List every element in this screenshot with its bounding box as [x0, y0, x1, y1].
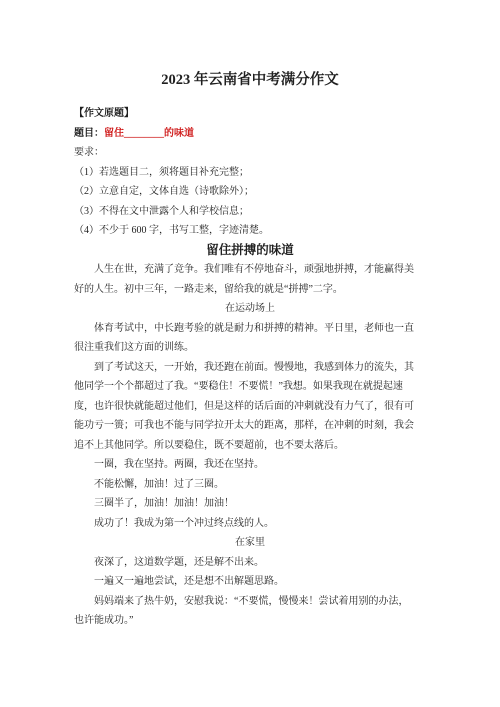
- essay-line: 能功亏一篑；可我也不能与同学拉开太大的距离，那样，在冲刺的时刻，我会: [74, 416, 426, 436]
- topic-blank-text: 留住________的味道: [104, 128, 194, 139]
- essay-line: 妈妈端来了热牛奶，安慰我说：“不要慌，慢慢来！尝试着用别的办法，: [74, 592, 426, 612]
- essay-line: 不能松懈，加油！过了三圈。: [74, 475, 426, 495]
- essay-line: 夜深了，这道数学题，还是解不出来。: [74, 553, 426, 573]
- essay-line: 三圈半了，加油！加油！加油！: [74, 494, 426, 514]
- requirement-item: （2）立意自定，文体自选（诗歌除外）；: [74, 182, 426, 202]
- essay-line: 很注重我们这方面的训练。: [74, 338, 426, 358]
- essay-line: 成功了！我成为第一个冲过终点线的人。: [74, 514, 426, 534]
- essay-line: 度，也许很快就能超过他们，但是这样的话后面的冲刺就没有力气了，很有可: [74, 397, 426, 417]
- prompt-section-label: 【作文原题】: [74, 104, 426, 124]
- document-page: 2023 年云南省中考满分作文 【作文原题】 题目：留住________的味道 …: [0, 0, 500, 707]
- essay-subheader: 在家里: [74, 533, 426, 553]
- essay-line: 也许能成功。”: [74, 611, 426, 631]
- essay-line: 好的人生。初中三年，一路走来，留给我的就是“拼搏”二字。: [74, 280, 426, 300]
- requirement-item: （1）若选题目二，须将题目补充完整；: [74, 163, 426, 183]
- essay-line: 他同学一个个都超过了我。“要稳住！不要慌！”我想。如果我现在就提起速: [74, 377, 426, 397]
- requirements-list: （1）若选题目二，须将题目补充完整；（2）立意自定，文体自选（诗歌除外）；（3）…: [74, 163, 426, 241]
- document-title: 2023 年云南省中考满分作文: [74, 70, 426, 90]
- requirement-item: （3）不得在文中泄露个人和学校信息；: [74, 202, 426, 222]
- essay-line: 到了考试这天，一开始，我还跑在前面。慢慢地，我感到体力的流失，其: [74, 358, 426, 378]
- essay-line: 一遍又一遍地尝试，还是想不出解题思路。: [74, 572, 426, 592]
- essay-subheader: 在运动场上: [74, 299, 426, 319]
- essay-body: 人生在世，充满了竞争。我们唯有不停地奋斗，顽强地拼搏，才能赢得美好的人生。初中三…: [74, 260, 426, 631]
- essay-line: 人生在世，充满了竞争。我们唯有不停地奋斗，顽强地拼搏，才能赢得美: [74, 260, 426, 280]
- essay-line: 一圈，我在坚持。两圈，我还在坚持。: [74, 455, 426, 475]
- essay-line: 体育考试中，中长跑考验的就是耐力和拼搏的精神。平日里，老师也一直: [74, 319, 426, 339]
- topic-label: 题目：: [74, 128, 104, 139]
- requirements-label: 要求：: [74, 143, 426, 163]
- requirement-item: （4）不少于 600 字，书写工整，字迹清楚。: [74, 221, 426, 241]
- essay-title: 留住拼搏的味道: [74, 241, 426, 261]
- essay-line: 追不上其他同学。所以要稳住，既不要超前，也不要太落后。: [74, 436, 426, 456]
- topic-line: 题目：留住________的味道: [74, 124, 426, 144]
